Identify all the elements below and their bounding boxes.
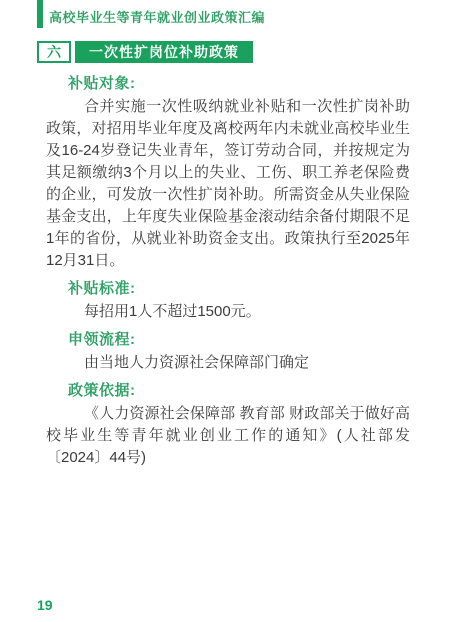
section-heading: 申领流程: — [68, 331, 410, 349]
policy-section: 政策依据: 《人力资源社会保障部 教育部 财政部关于做好高校毕业生等青年就业创业… — [46, 382, 410, 469]
section-heading: 政策依据: — [68, 382, 410, 400]
document-header: 高校毕业生等青年就业创业政策汇编 — [37, 0, 453, 28]
policy-content: 补贴对象: 合并实施一次性吸纳就业补贴和一次性扩岗补助政策，对招用毕业年度及离校… — [46, 75, 410, 469]
document-header-title: 高校毕业生等青年就业创业政策汇编 — [49, 7, 265, 28]
section-paragraph: 合并实施一次性吸纳就业补贴和一次性扩岗补助政策，对招用毕业年度及离校两年内未就业… — [46, 96, 410, 272]
policy-section: 申领流程: 由当地人力资源社会保障部门确定 — [46, 331, 410, 374]
section-title-bar: 一次性扩岗位补助政策 — [75, 41, 253, 63]
policy-section: 补贴标准: 每招用1人不超过1500元。 — [46, 280, 410, 323]
section-number-badge: 六 — [37, 41, 71, 63]
section-badge-row: 六 一次性扩岗位补助政策 — [37, 41, 453, 63]
policy-page: 高校毕业生等青年就业创业政策汇编 六 一次性扩岗位补助政策 补贴对象: 合并实施… — [0, 0, 453, 622]
section-paragraph: 由当地人力资源社会保障部门确定 — [46, 352, 410, 374]
policy-section: 补贴对象: 合并实施一次性吸纳就业补贴和一次性扩岗补助政策，对招用毕业年度及离校… — [46, 75, 410, 272]
page-number: 19 — [37, 597, 53, 613]
section-paragraph: 每招用1人不超过1500元。 — [46, 301, 410, 323]
section-heading: 补贴标准: — [68, 280, 410, 298]
header-accent-bar — [37, 0, 43, 28]
section-paragraph: 《人力资源社会保障部 教育部 财政部关于做好高校毕业生等青年就业创业工作的通知》… — [46, 403, 410, 469]
section-heading: 补贴对象: — [68, 75, 410, 93]
